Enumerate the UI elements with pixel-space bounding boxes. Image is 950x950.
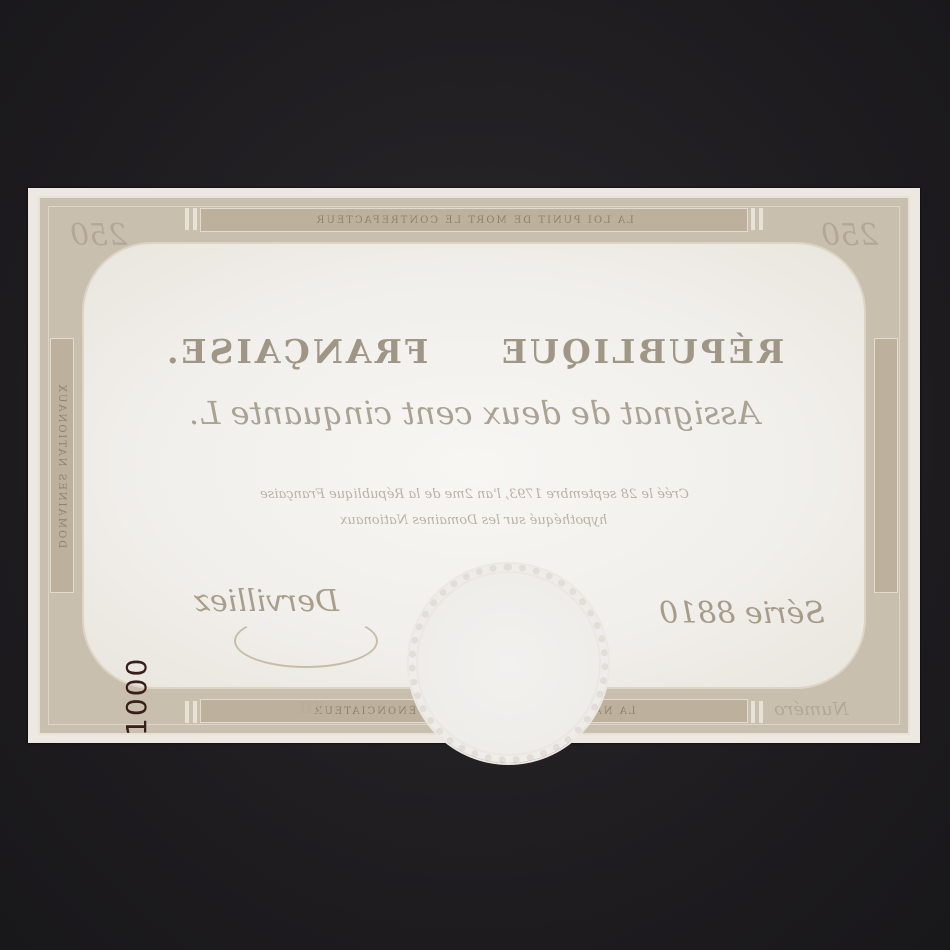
left-number: ZII <box>299 699 324 717</box>
central-paper-field: FRANÇAISE. RÉPUBLIQUE Assignat de deux c… <box>82 242 866 689</box>
left-border-band: DOMAINES NATIONAUX <box>50 338 74 593</box>
signature-flourish <box>234 614 378 668</box>
heading-right-word: FRANÇAISE. <box>164 332 428 371</box>
handwritten-ink-annotation: 1000 <box>120 657 153 736</box>
right-border-band <box>874 338 898 593</box>
law-line-1: Créé le 28 septembre 1793, l'an 2me de l… <box>260 482 689 508</box>
corner-value-top-left: 250 <box>70 218 127 253</box>
denomination-line: Assignat de deux cent cinquante L. <box>189 394 760 432</box>
corner-value-top-right: 250 <box>821 218 878 253</box>
assignat-banknote: LA LOI PUNIT DE MORT LE CONTREFACTEUR LA… <box>28 188 920 743</box>
numero-label: Numéro <box>774 699 849 720</box>
embossed-seal-icon <box>409 564 608 763</box>
serie-number: 8810 <box>659 596 735 631</box>
top-border-text: LA LOI PUNIT DE MORT LE CONTREFACTEUR <box>315 215 634 226</box>
heading: FRANÇAISE. RÉPUBLIQUE <box>84 332 864 371</box>
serie-text: Série 8810 <box>659 596 825 631</box>
top-border-band: LA LOI PUNIT DE MORT LE CONTREFACTEUR <box>200 208 748 232</box>
left-border-text: DOMAINES NATIONAUX <box>57 383 68 548</box>
serie-label: Série <box>745 596 825 631</box>
decorative-border: LA LOI PUNIT DE MORT LE CONTREFACTEUR LA… <box>38 196 910 735</box>
law-line-2: hypothéqué sur les Domaines Nationaux <box>340 508 607 534</box>
heading-left-word: RÉPUBLIQUE <box>499 332 784 371</box>
